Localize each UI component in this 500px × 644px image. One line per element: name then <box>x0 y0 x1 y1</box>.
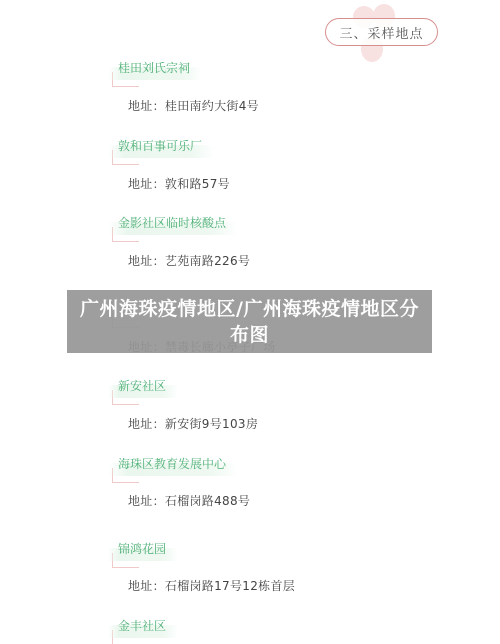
location-address: 地址：艺苑南路226号 <box>128 252 250 269</box>
location-name: 新安社区 <box>108 376 178 398</box>
section-badge: 三、采样地点 <box>325 18 438 46</box>
location-address: 地址：石榴岗路17号12栋首层 <box>128 577 295 594</box>
section-header: 三、采样地点 <box>325 14 440 50</box>
location-address: 地址：敦和路57号 <box>128 175 230 192</box>
location-name: 锦鸿花园 <box>108 539 178 561</box>
location-name: 金丰社区 <box>108 616 178 638</box>
location-name: 敦和百事可乐厂 <box>108 136 214 158</box>
location-address: 地址：桂田南约大街4号 <box>128 97 259 114</box>
location-name: 金影社区临时核酸点 <box>108 213 238 235</box>
location-name: 桂田刘氏宗祠 <box>108 58 202 80</box>
overlay-title: 广州海珠疫情地区/广州海珠疫情地区分布图 <box>80 296 420 348</box>
title-overlay: 广州海珠疫情地区/广州海珠疫情地区分布图 <box>67 290 432 353</box>
location-address: 地址：新安街9号103房 <box>128 415 258 432</box>
location-address: 地址：石榴岗路488号 <box>128 492 250 509</box>
article-page: 三、采样地点 桂田刘氏宗祠 地址：桂田南约大街4号 敦和百事可乐厂 地址：敦和路… <box>0 0 500 644</box>
location-name: 海珠区教育发展中心 <box>108 454 238 476</box>
